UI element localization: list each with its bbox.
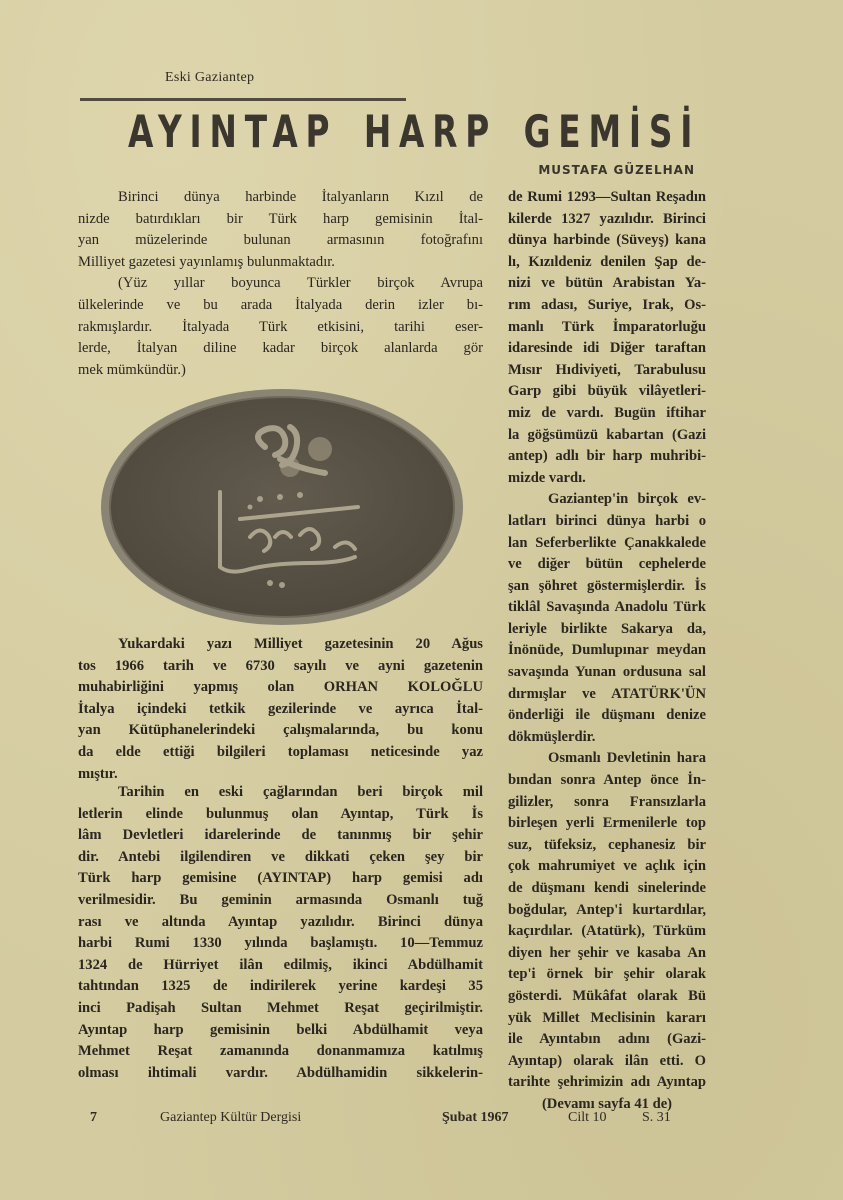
text-line: Yukardaki yazı Milliyet gazetesinin 20 A… [78,634,483,656]
volume-number: Cilt 10 [568,1110,607,1126]
text-line: da elde ettiği bilgileri toplaması netic… [78,742,483,764]
text-line: Ayıntap harp gemisinin belki Abdülhamit … [78,1020,483,1042]
text-line: Garp gibi büyük vilâyetleri- [508,381,706,403]
text-line: nizde batırdıkları bir Türk harp gemisin… [78,209,483,231]
text-line: İtalya içindeki tetkik gezilerinde ve ay… [78,699,483,721]
text-line: Mısır Hıdiviyeti, Tarabulusu [508,360,706,382]
text-line: tiklâl Savaşında Anadolu Türk [508,597,706,619]
running-head: Eski Gaziantep [165,70,254,86]
text-line: mek mümkündür.) [78,360,483,382]
text-line: Milliyet gazetesi yayınlamış bulunmaktad… [78,252,483,274]
right-column: de Rumi 1293—Sultan Reşadın kilerde 1327… [508,187,706,1116]
text-line: leriyle birlikte Sakarya da, [508,619,706,641]
text-line: letlerin elinde bulunmuş olan Ayıntap, T… [78,804,483,826]
text-line: lan Seferberlikte Çanakkalede [508,533,706,555]
text-line: Tarihin en eski çağlarından beri birçok … [78,782,483,804]
text-line: idaresinde idi Diğer taraftan [508,338,706,360]
text-line: gösterdi. Mükâfat olarak Bü [508,986,706,1008]
issue-number: S. 31 [642,1110,671,1126]
text-line: manlı Türk İmparatorluğu [508,317,706,339]
text-line: Birinci dünya harbinde İtalyanların Kızı… [78,187,483,209]
text-line: Türk harp gemisine (AYINTAP) harp gemisi… [78,868,483,890]
title-word: AYINTAP [128,106,337,157]
magazine-page: Eski Gaziantep AYINTAPHARPGEMİSİ MUSTAFA… [0,0,843,1200]
text-line: lı, Kızıldeniz denilen Şap de- [508,252,706,274]
text-line: gilizler, sonra Fransızlarla [508,792,706,814]
text-line: lâm Devletleri idarelerinde de tanınmış … [78,825,483,847]
text-line: lerde, İtalyan diline kadar birçok alanl… [78,338,483,360]
text-line: tarihte şehrimizin adı Ayıntap [508,1072,706,1094]
text-line: önderliği ile düşmanı denize [508,705,706,727]
article-title: AYINTAPHARPGEMİSİ [128,106,565,157]
text-line: ile Ayıntabın adını (Gazi- [508,1029,706,1051]
text-line: Gaziantep'in birçok ev- [508,489,706,511]
text-line: rası ve altında Ayıntap yazılıdır. Birin… [78,912,483,934]
caption-paragraph: Yukardaki yazı Milliyet gazetesinin 20 A… [78,634,483,785]
text-line: dökmüşlerdir. [508,727,706,749]
continuation-note: (Devamı sayfa 41 de) [508,1094,706,1116]
text-line: yük Millet Meclisinin kararı [508,1008,706,1030]
text-line: savaşında Yunan ordusuna sal [508,662,706,684]
text-line: 1324 de Hürriyet ilân edilmiş, ikinci Ab… [78,955,483,977]
text-line: dırmışlar ve ATATÜRK'ÜN [508,684,706,706]
issue-date: Şubat 1967 [442,1110,509,1126]
journal-name: Gaziantep Kültür Dergisi [160,1110,301,1126]
text-line: verilmesidir. Bu geminin armasında Osman… [78,890,483,912]
text-line: yan Kütüphanelerindeki çalışmalarında, b… [78,720,483,742]
text-line: boğdular, Antep'i kurtardılar, [508,900,706,922]
header-rule [80,98,406,101]
text-line: dir. Antebi ilgilendiren ve dikkati çeke… [78,847,483,869]
text-line: de Rumi 1293—Sultan Reşadın [508,187,706,209]
author-byline: MUSTAFA GÜZELHAN [405,163,695,177]
intro-paragraphs: Birinci dünya harbinde İtalyanların Kızı… [78,187,483,381]
text-line: de düşmanı kendi sinelerinde [508,878,706,900]
text-line: harbi Rumi 1330 yılında başlamıştı. 10—T… [78,933,483,955]
history-paragraph: Tarihin en eski çağlarından beri birçok … [78,782,483,1084]
text-line: Mehmet Reşat zamanında donanmamıza katıl… [78,1041,483,1063]
text-line: nizi ve bütün Arabistan Ya- [508,273,706,295]
text-line: İnönüde, Dumlupınar meydan [508,640,706,662]
text-line: suz, tüfeksiz, cephanesiz bir [508,835,706,857]
text-line: Ayıntap) olarak ilân etti. O [508,1051,706,1073]
text-line: çok mahrumiyet ve açlık için [508,856,706,878]
ship-emblem-photo [100,387,465,627]
text-line: tep'i örnek bir şehir olarak [508,964,706,986]
text-line: tos 1966 tarih ve 6730 sayılı ve ayni ga… [78,656,483,678]
text-line: dünya harbinde (Süveyş) kana [508,230,706,252]
text-line: bından sonra Antep önce İn- [508,770,706,792]
text-line: kilerde 1327 yazılıdır. Birinci [508,209,706,231]
text-line: kaçırdılar. (Atatürk), Türküm [508,921,706,943]
emblem-icon [100,387,465,627]
page-number: 7 [90,1110,97,1126]
text-line: birleşen yerli Ermenilerle top [508,813,706,835]
text-line: la göğsümüzü kabartan (Gazi [508,425,706,447]
text-line: muhabirliğini yapmış olan ORHAN KOLOĞLU [78,677,483,699]
text-line: latları birinci dünya harbi o [508,511,706,533]
text-line: rakmışlardır. İtalyada Türk etkisini, ta… [78,317,483,339]
text-line: mizde vardı. [508,468,706,490]
text-line: Osmanlı Devletinin hara [508,748,706,770]
text-line: tahtından 1325 de indirilerek yerine kar… [78,976,483,998]
text-line: şan şöhret göstermişlerdir. İs [508,576,706,598]
text-line: inci Padişah Sultan Mehmet Reşat geçiril… [78,998,483,1020]
text-line: olması ihtimali vardır. Abdülhamidin sik… [78,1063,483,1085]
text-line: miz de vardı. Bugün iftihar [508,403,706,425]
text-line: rım adası, Suriye, Irak, Os- [508,295,706,317]
text-line: ve diğer bütün cephelerde [508,554,706,576]
text-line: diyen her şehir ve kasaba An [508,943,706,965]
title-word: GEMİSİ [524,106,701,157]
text-line: ülkelerinde ve bu arada İtalyada derin i… [78,295,483,317]
title-word: HARP [364,106,497,157]
text-line: antep) adlı bir harp muhribi- [508,446,706,468]
text-line: (Yüz yıllar boyunca Türkler birçok Avrup… [78,273,483,295]
text-line: yan müzelerinde bulunan armasının fotoğr… [78,230,483,252]
